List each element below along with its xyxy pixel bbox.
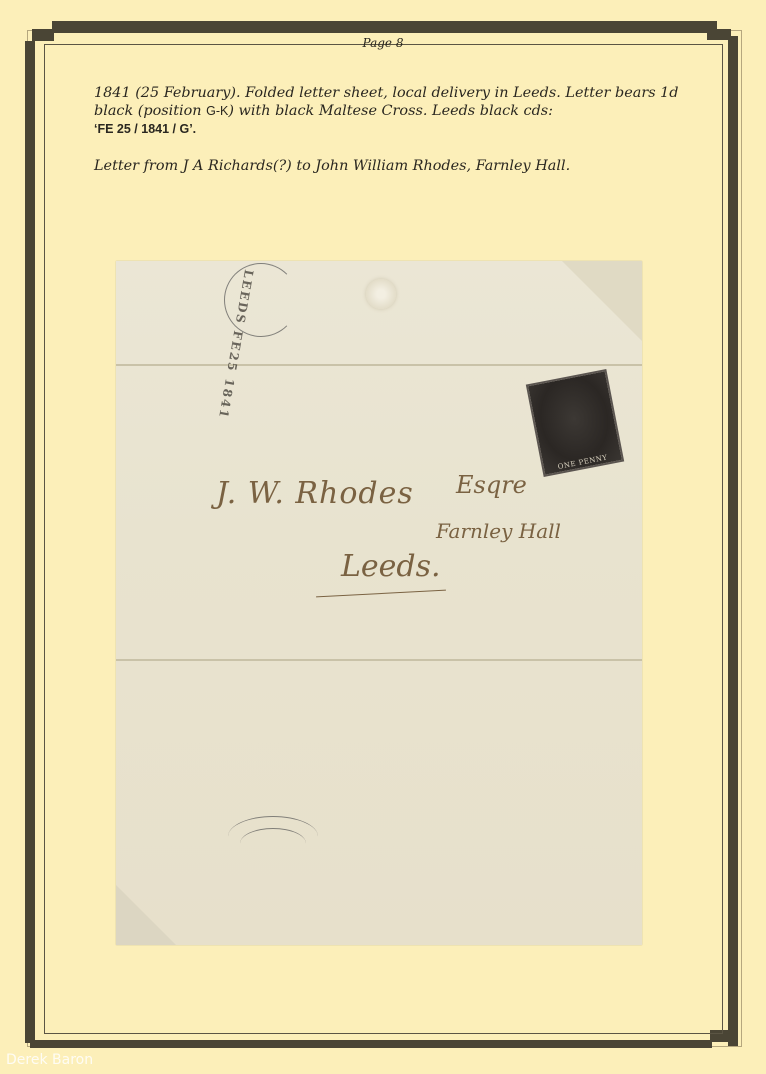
cds-postmark-text: ‘FE 25 / 1841 / G’. <box>94 122 196 136</box>
watermark: Derek Baron <box>6 1052 93 1068</box>
backstamp-inner-ring <box>240 828 306 859</box>
frame-bar-top <box>52 21 717 33</box>
frame-bar-left <box>25 41 35 1043</box>
folded-corner <box>116 885 176 945</box>
penny-black-stamp: ONE PENNY <box>526 369 624 477</box>
page-number: Page 8 <box>0 36 766 50</box>
fold-line <box>116 659 642 661</box>
folded-letter-sheet: LEEDS FE25 1841 ONE PENNY J. W. Rhodes E… <box>116 261 642 945</box>
frame-bar-bottom-left <box>30 1040 48 1048</box>
item-description: 1841 (25 February). Folded letter sheet,… <box>94 84 694 138</box>
address-house: Farnley Hall <box>436 519 561 543</box>
address-underline <box>316 590 446 598</box>
stamp-denomination: ONE PENNY <box>544 451 622 474</box>
provenance-note: Letter from J A Richards(?) to John Will… <box>94 158 714 174</box>
plate-position: G-K <box>206 104 228 118</box>
addressee-title: Esqre <box>456 471 527 499</box>
frame-bar-right <box>728 36 738 1046</box>
address-town: Leeds. <box>341 549 441 584</box>
frame-bar-bottom <box>47 1040 712 1048</box>
addressee-name: J. W. Rhodes <box>216 476 414 511</box>
folded-corner <box>562 261 642 341</box>
description-text-2: ) with black Maltese Cross. Leeds black … <box>228 103 553 119</box>
fold-line <box>116 364 642 366</box>
wax-seal-impression <box>366 279 396 309</box>
